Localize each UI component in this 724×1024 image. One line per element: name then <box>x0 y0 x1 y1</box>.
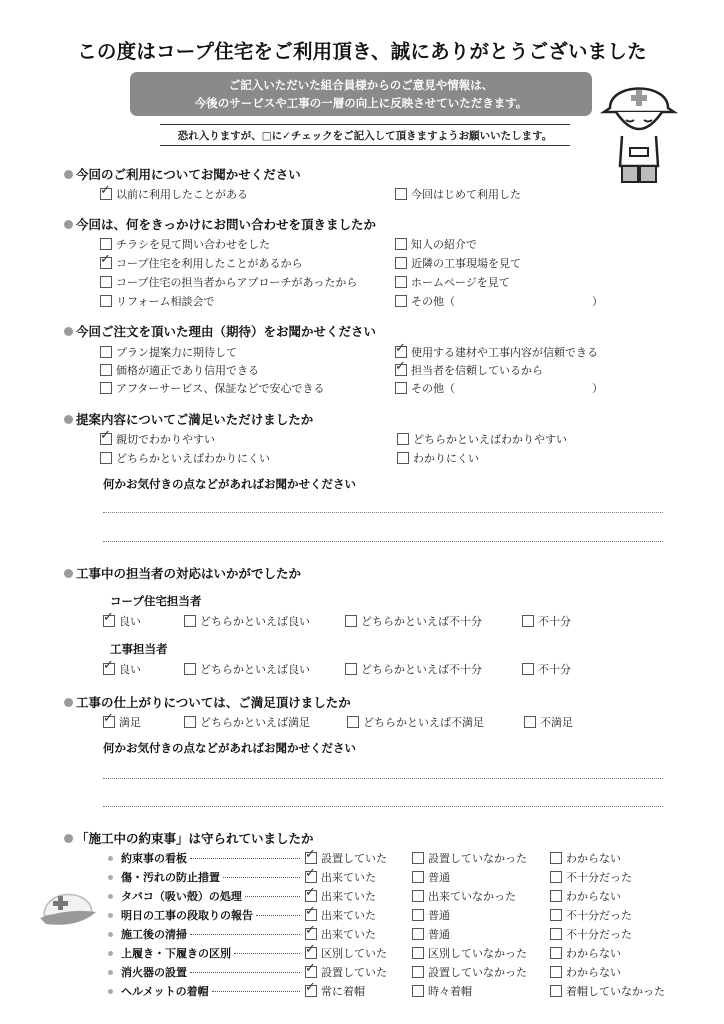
option-somewhat-clear[interactable]: どちらかといえばわかりやすい <box>397 431 567 447</box>
option-used-coop[interactable]: コープ住宅を利用したことがあるから <box>100 255 302 271</box>
section-proposal-heading: 提案内容についてご満足いただけましたか <box>64 410 313 428</box>
page-title: この度はコープ住宅をご利用頂き、誠にありがとうございました <box>0 36 724 64</box>
bullet-icon <box>64 834 73 843</box>
finish-somewhat-satisfied[interactable]: どちらかといえば満足 <box>184 714 310 730</box>
coop-staff-somewhat-poor[interactable]: どちらかといえば不十分 <box>345 613 482 629</box>
option-other-reason[interactable]: その他（ <box>395 380 455 396</box>
bullet-icon <box>108 970 113 975</box>
bullet-icon <box>64 327 73 336</box>
option-reform-fair[interactable]: リフォーム相談会で <box>100 293 214 309</box>
promise-item-label: 消火器の設置 <box>108 964 187 980</box>
checkbox[interactable] <box>345 663 357 675</box>
coop-staff-poor[interactable]: 不十分 <box>522 613 571 629</box>
section-reason-heading: 今回ご注文を頂いた理由（期待）をお聞かせください <box>64 322 376 340</box>
checkbox[interactable] <box>345 615 357 627</box>
finish-somewhat-unsatisfied[interactable]: どちらかといえば不満足 <box>347 714 484 730</box>
bullet-icon <box>64 220 73 229</box>
option-price[interactable]: 価格が適正であり信用できる <box>100 362 259 378</box>
promise-option[interactable]: 出来ていなかった <box>412 888 516 904</box>
option-used-before[interactable]: 以前に利用したことがある <box>100 186 248 202</box>
bullet-icon <box>64 170 73 179</box>
checkbox[interactable] <box>305 909 317 921</box>
option-nearby-site[interactable]: 近隣の工事現場を見て <box>395 255 521 271</box>
checkbox[interactable] <box>305 947 317 959</box>
checkbox[interactable] <box>550 947 562 959</box>
leader-dots <box>256 915 300 916</box>
comment-prompt: 何かお気付きの点などがあればお聞かせください <box>103 740 356 756</box>
section-trigger-heading: 今回は、何をきっかけにお問い合わせを頂きましたか <box>64 215 376 233</box>
checkbox[interactable] <box>103 663 115 675</box>
finish-unsatisfied[interactable]: 不満足 <box>524 714 573 730</box>
leader-dots <box>245 896 300 897</box>
option-unclear[interactable]: わかりにくい <box>397 450 479 466</box>
site-staff-somewhat-poor[interactable]: どちらかといえば不十分 <box>345 661 482 677</box>
section-usage-heading: 今回のご利用についてお聞かせください <box>64 165 301 183</box>
hard-hat-icon <box>38 882 98 928</box>
checkbox[interactable] <box>550 928 562 940</box>
promise-option[interactable]: 出来ていた <box>305 888 376 904</box>
checkbox[interactable] <box>395 382 407 394</box>
comment-line-1[interactable] <box>103 512 663 513</box>
option-homepage[interactable]: ホームページを見て <box>395 274 510 290</box>
bullet-icon <box>108 894 113 899</box>
site-staff-good[interactable]: 良い <box>103 661 141 677</box>
checkbox[interactable] <box>395 188 407 200</box>
promise-option[interactable]: 不十分だった <box>550 907 632 923</box>
option-approach[interactable]: コープ住宅の担当者からアプローチがあったから <box>100 274 357 290</box>
paren-close: ） <box>592 293 603 309</box>
leader-dots <box>190 972 300 973</box>
bullet-icon <box>108 875 113 880</box>
promise-item-label: 傷・汚れの防止措置 <box>108 869 220 885</box>
promise-option[interactable]: 普通 <box>412 907 450 923</box>
bullet-icon <box>108 856 113 861</box>
checkbox[interactable] <box>100 295 112 307</box>
leader-dots <box>234 953 300 954</box>
checkbox[interactable] <box>395 295 407 307</box>
promise-option[interactable]: 出来ていた <box>305 907 376 923</box>
promise-option[interactable]: わからない <box>550 888 621 904</box>
checkbox[interactable] <box>100 276 112 288</box>
promise-item-label: 明日の工事の段取りの報告 <box>108 907 253 923</box>
checkbox[interactable] <box>103 615 115 627</box>
checkbox[interactable] <box>100 452 112 464</box>
checkbox[interactable] <box>100 238 112 250</box>
checkbox[interactable] <box>524 716 536 728</box>
checkbox[interactable] <box>305 928 317 940</box>
checkbox[interactable] <box>522 663 534 675</box>
checkbox[interactable] <box>395 346 407 358</box>
checkbox[interactable] <box>100 257 112 269</box>
checkbox[interactable] <box>550 909 562 921</box>
promise-option[interactable]: 設置していた <box>305 964 387 980</box>
info-banner: ご記入いただいた組合員様からのご意見や情報は、 今後のサービスや工事の一層の向上… <box>130 72 592 116</box>
option-trust-staff[interactable]: 担当者を信頼しているから <box>395 362 543 378</box>
coop-staff-good[interactable]: 良い <box>103 613 141 629</box>
checkbox[interactable] <box>412 852 424 864</box>
promise-option[interactable]: わからない <box>550 945 621 961</box>
bullet-icon <box>64 569 73 578</box>
coop-staff-somewhat-good[interactable]: どちらかといえば良い <box>184 613 310 629</box>
checkbox[interactable] <box>395 364 407 376</box>
comment-line-2[interactable] <box>103 806 663 807</box>
promise-option[interactable]: 着帽していなかった <box>550 983 665 999</box>
promise-option[interactable]: 出来ていた <box>305 926 376 942</box>
promise-option[interactable]: 設置していなかった <box>412 964 527 980</box>
checkbox[interactable] <box>397 433 409 445</box>
checkbox[interactable] <box>550 966 562 978</box>
section-promises-heading: 「施工中の約束事」は守られていましたか <box>64 829 314 847</box>
bullet-icon <box>108 951 113 956</box>
promise-item-label: 上履き・下履きの区別 <box>108 945 231 961</box>
comment-prompt: 何かお気付きの点などがあればお聞かせください <box>103 476 356 492</box>
site-staff-somewhat-good[interactable]: どちらかといえば良い <box>184 661 310 677</box>
promise-item-label: 約束事の看板 <box>108 850 187 866</box>
promise-option[interactable]: 常に着帽 <box>305 983 365 999</box>
promise-item-label: ヘルメットの着帽 <box>108 983 209 999</box>
leader-dots <box>190 934 300 935</box>
comment-line-1[interactable] <box>103 778 663 779</box>
option-clear[interactable]: 親切でわかりやすい <box>100 431 215 447</box>
checkbox[interactable] <box>550 890 562 902</box>
section-finish-heading: 工事の仕上がりについては、ご満足頂けましたか <box>64 693 351 711</box>
bullet-icon <box>108 932 113 937</box>
checkbox[interactable] <box>305 852 317 864</box>
checkbox[interactable] <box>100 364 112 376</box>
checkbox[interactable] <box>412 928 424 940</box>
banner-line-1: ご記入いただいた組合員様からのご意見や情報は、 <box>130 76 592 94</box>
section-staff-heading: 工事中の担当者の対応はいかがでしたか <box>64 564 301 582</box>
checkbox[interactable] <box>100 346 112 358</box>
checkbox[interactable] <box>305 966 317 978</box>
checkbox[interactable] <box>412 890 424 902</box>
checkbox[interactable] <box>412 871 424 883</box>
checkbox[interactable] <box>550 871 562 883</box>
promise-option[interactable]: 区別していた <box>305 945 387 961</box>
bullet-icon <box>108 989 113 994</box>
instruction-notice: 恐れ入りますが、□に✓チェックをご記入して頂きますようお願いいたします。 <box>160 124 570 146</box>
site-staff-poor[interactable]: 不十分 <box>522 661 571 677</box>
promise-option[interactable]: 不十分だった <box>550 926 632 942</box>
promise-option[interactable]: 不十分だった <box>550 869 632 885</box>
checkbox[interactable] <box>550 852 562 864</box>
promise-option[interactable]: わからない <box>550 850 621 866</box>
leader-dots <box>223 877 300 878</box>
checkbox[interactable] <box>397 452 409 464</box>
checkbox[interactable] <box>412 947 424 959</box>
promise-option[interactable]: 出来ていた <box>305 869 376 885</box>
promise-option[interactable]: 普通 <box>412 869 450 885</box>
leader-dots <box>190 858 300 859</box>
option-referral[interactable]: 知人の紹介で <box>395 236 477 252</box>
paren-close: ） <box>592 380 603 396</box>
promise-item-label: 施工後の清掃 <box>108 926 187 942</box>
promise-item-label: タバコ（吸い殻）の処理 <box>108 888 242 904</box>
checkbox[interactable] <box>412 966 424 978</box>
option-materials[interactable]: 使用する建材や工事内容が信頼できる <box>395 344 598 360</box>
checkbox[interactable] <box>100 382 112 394</box>
leader-dots <box>212 991 300 992</box>
checkbox[interactable] <box>184 615 196 627</box>
checkbox[interactable] <box>395 238 407 250</box>
checkbox[interactable] <box>100 188 112 200</box>
checkbox[interactable] <box>184 716 196 728</box>
promise-option[interactable]: 普通 <box>412 926 450 942</box>
construction-worker-bowing-icon <box>598 68 680 188</box>
checkbox[interactable] <box>305 985 317 997</box>
option-first-time[interactable]: 今回はじめて利用した <box>395 186 521 202</box>
checkbox[interactable] <box>412 909 424 921</box>
option-somewhat-unclear[interactable]: どちらかといえばわかりにくい <box>100 450 270 466</box>
checkbox[interactable] <box>395 276 407 288</box>
checkbox[interactable] <box>305 890 317 902</box>
promise-option[interactable]: わからない <box>550 964 621 980</box>
promise-option[interactable]: 時々着帽 <box>412 983 472 999</box>
option-after-service[interactable]: アフターサービス、保証などで安心できる <box>100 380 325 396</box>
checkbox[interactable] <box>522 615 534 627</box>
bullet-icon <box>64 698 73 707</box>
bullet-icon <box>108 913 113 918</box>
checkbox[interactable] <box>184 663 196 675</box>
option-flyer[interactable]: チラシを見て問い合わせをした <box>100 236 270 252</box>
option-other-trigger[interactable]: その他（ <box>395 293 455 309</box>
checkbox[interactable] <box>100 433 112 445</box>
checkbox[interactable] <box>347 716 359 728</box>
checkbox[interactable] <box>305 871 317 883</box>
coop-staff-label: コープ住宅担当者 <box>110 593 201 609</box>
promise-option[interactable]: 設置していなかった <box>412 850 527 866</box>
checkbox[interactable] <box>550 985 562 997</box>
option-plan[interactable]: プラン提案力に期待して <box>100 344 237 360</box>
site-staff-label: 工事担当者 <box>110 641 168 657</box>
checkbox[interactable] <box>412 985 424 997</box>
comment-line-2[interactable] <box>103 541 663 542</box>
finish-satisfied[interactable]: 満足 <box>103 714 141 730</box>
checkbox[interactable] <box>103 716 115 728</box>
banner-line-2: 今後のサービスや工事の一層の向上に反映させていただきます。 <box>130 94 592 112</box>
promise-option[interactable]: 区別していなかった <box>412 945 527 961</box>
checkbox[interactable] <box>395 257 407 269</box>
promise-option[interactable]: 設置していた <box>305 850 387 866</box>
bullet-icon <box>64 415 73 424</box>
